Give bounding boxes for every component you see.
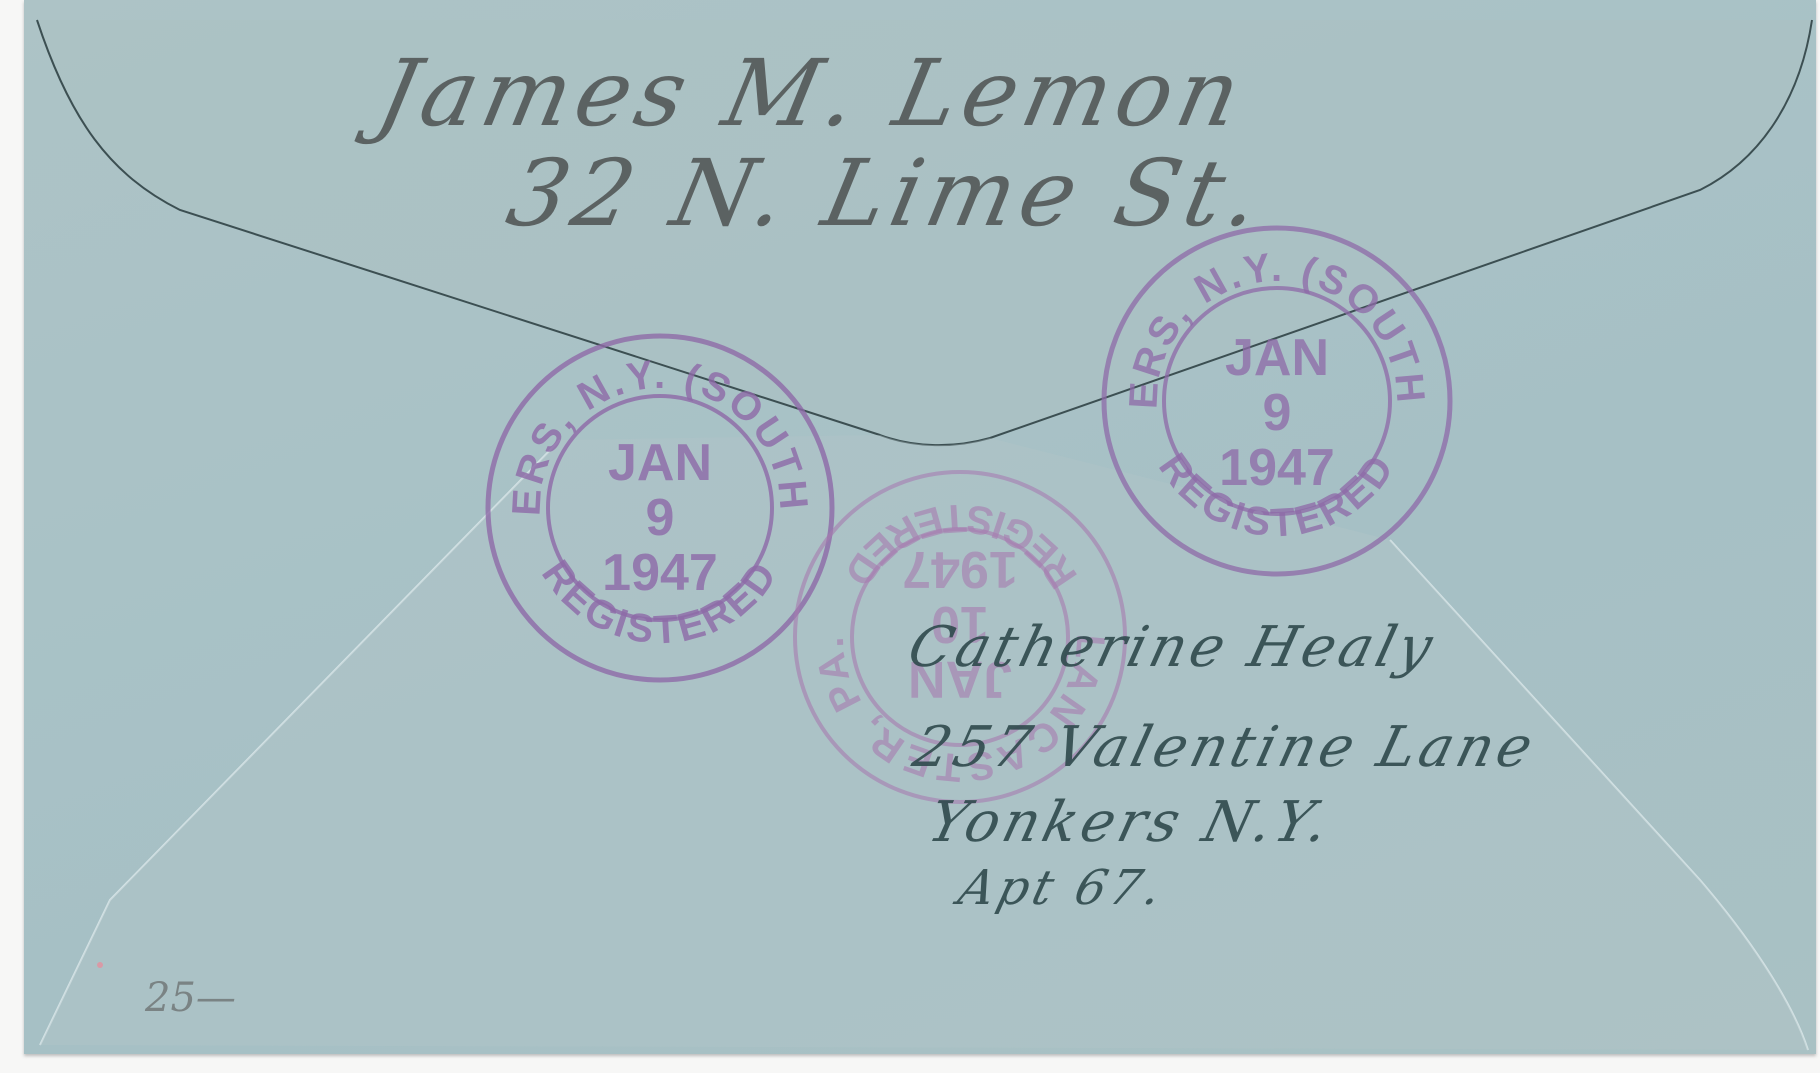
postmark-right-month: JAN: [1225, 329, 1329, 387]
postmark-right-year: 1947: [1219, 439, 1335, 497]
sender-name: James M. Lemon: [369, 40, 1256, 147]
recipient-street: 257 Valentine Lane: [907, 715, 1543, 780]
postmark-center-year: 1947: [902, 540, 1018, 598]
postmark-left-month: JAN: [608, 434, 712, 492]
pencil-note: 25—: [145, 975, 236, 1021]
postmark-right-day: 9: [1263, 384, 1292, 442]
recipient-city: Yonkers N.Y.: [922, 790, 1339, 855]
postmark-left-year: 1947: [602, 544, 718, 602]
postmark-left-day: 9: [646, 489, 675, 547]
sender-street: 32 N. Lime St.: [499, 140, 1276, 247]
recipient-apartment: Apt 67.: [953, 860, 1171, 916]
recipient-name: Catherine Healy: [902, 615, 1443, 680]
